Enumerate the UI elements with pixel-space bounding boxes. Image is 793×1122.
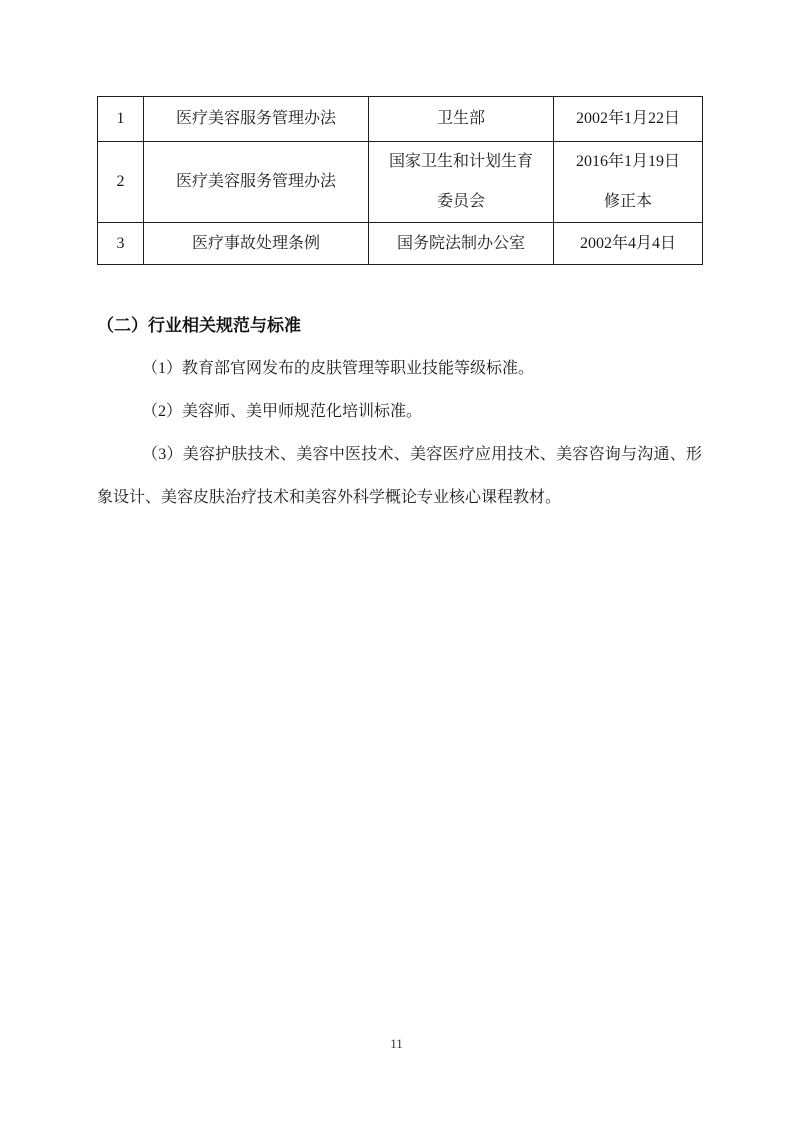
cell-seq: 3 xyxy=(98,223,144,265)
section-heading: （二）行业相关规范与标准 xyxy=(97,304,702,347)
standards-section: （二）行业相关规范与标准 （1）教育部官网发布的皮肤管理等职业技能等级标准。 （… xyxy=(97,304,702,519)
cell-seq: 2 xyxy=(98,142,144,223)
cell-issuer: 国务院法制办公室 xyxy=(369,223,554,265)
cell-name: 医疗美容服务管理办法 xyxy=(144,142,369,223)
list-item: （2）美容师、美甲师规范化培训标准。 xyxy=(97,390,702,433)
cell-name: 医疗美容服务管理办法 xyxy=(144,97,369,142)
cell-issuer: 卫生部 xyxy=(369,97,554,142)
cell-name: 医疗事故处理条例 xyxy=(144,223,369,265)
cell-seq: 1 xyxy=(98,97,144,142)
list-item: （3）美容护肤技术、美容中医技术、美容医疗应用技术、美容咨询与沟通、形象设计、美… xyxy=(97,433,702,519)
table-row: 2 医疗美容服务管理办法 国家卫生和计划生育 委员会 2016年1月19日 修正… xyxy=(98,142,703,223)
cell-date: 2016年1月19日 修正本 xyxy=(554,142,703,223)
regulations-table: 1 医疗美容服务管理办法 卫生部 2002年1月22日 2 医疗美容服务管理办法… xyxy=(97,96,703,265)
cell-date: 2002年1月22日 xyxy=(554,97,703,142)
table-row: 3 医疗事故处理条例 国务院法制办公室 2002年4月4日 xyxy=(98,223,703,265)
cell-date: 2002年4月4日 xyxy=(554,223,703,265)
document-page: 1 医疗美容服务管理办法 卫生部 2002年1月22日 2 医疗美容服务管理办法… xyxy=(0,0,793,1122)
page-number: 11 xyxy=(0,1036,793,1052)
cell-issuer: 国家卫生和计划生育 委员会 xyxy=(369,142,554,223)
list-item: （1）教育部官网发布的皮肤管理等职业技能等级标准。 xyxy=(97,347,702,390)
table-row: 1 医疗美容服务管理办法 卫生部 2002年1月22日 xyxy=(98,97,703,142)
